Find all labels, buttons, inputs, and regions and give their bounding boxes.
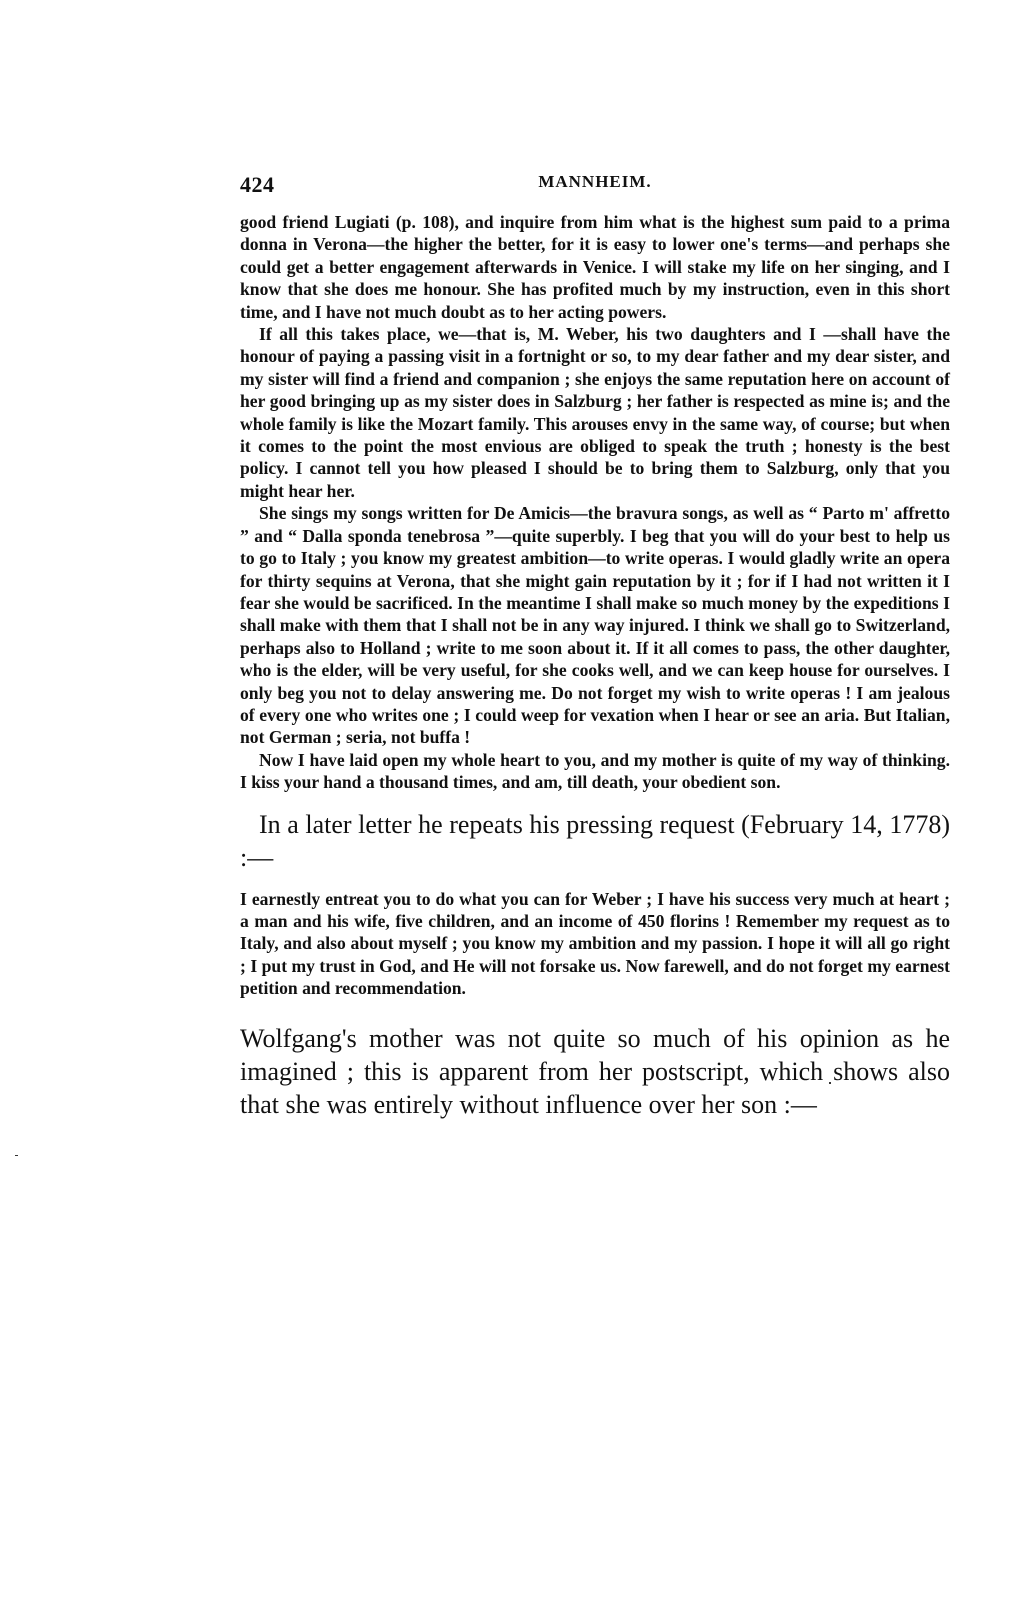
scan-speck <box>829 1082 831 1084</box>
letter-paragraph: Now I have laid open my whole heart to y… <box>240 749 950 794</box>
letter-excerpt: good friend Lugiati (p. 108), and inquir… <box>240 211 950 794</box>
running-head: 424 MANNHEIM. <box>240 160 950 200</box>
letter-excerpt-february: I earnestly entreat you to do what you c… <box>240 888 950 1000</box>
book-page: 424 MANNHEIM. good friend Lugiati (p. 10… <box>240 160 950 1121</box>
letter-paragraph: I earnestly entreat you to do what you c… <box>240 888 950 1000</box>
letter-paragraph: If all this takes place, we—that is, M. … <box>240 323 950 502</box>
narration-paragraph: In a later letter he repeats his pressin… <box>240 808 950 874</box>
letter-paragraph: She sings my songs written for De Amicis… <box>240 502 950 748</box>
scan-speck <box>15 1155 18 1156</box>
letter-paragraph: good friend Lugiati (p. 108), and inquir… <box>240 211 950 323</box>
narration-paragraph: Wolfgang's mother was not quite so much … <box>240 1022 950 1121</box>
running-title: MANNHEIM. <box>240 172 950 192</box>
